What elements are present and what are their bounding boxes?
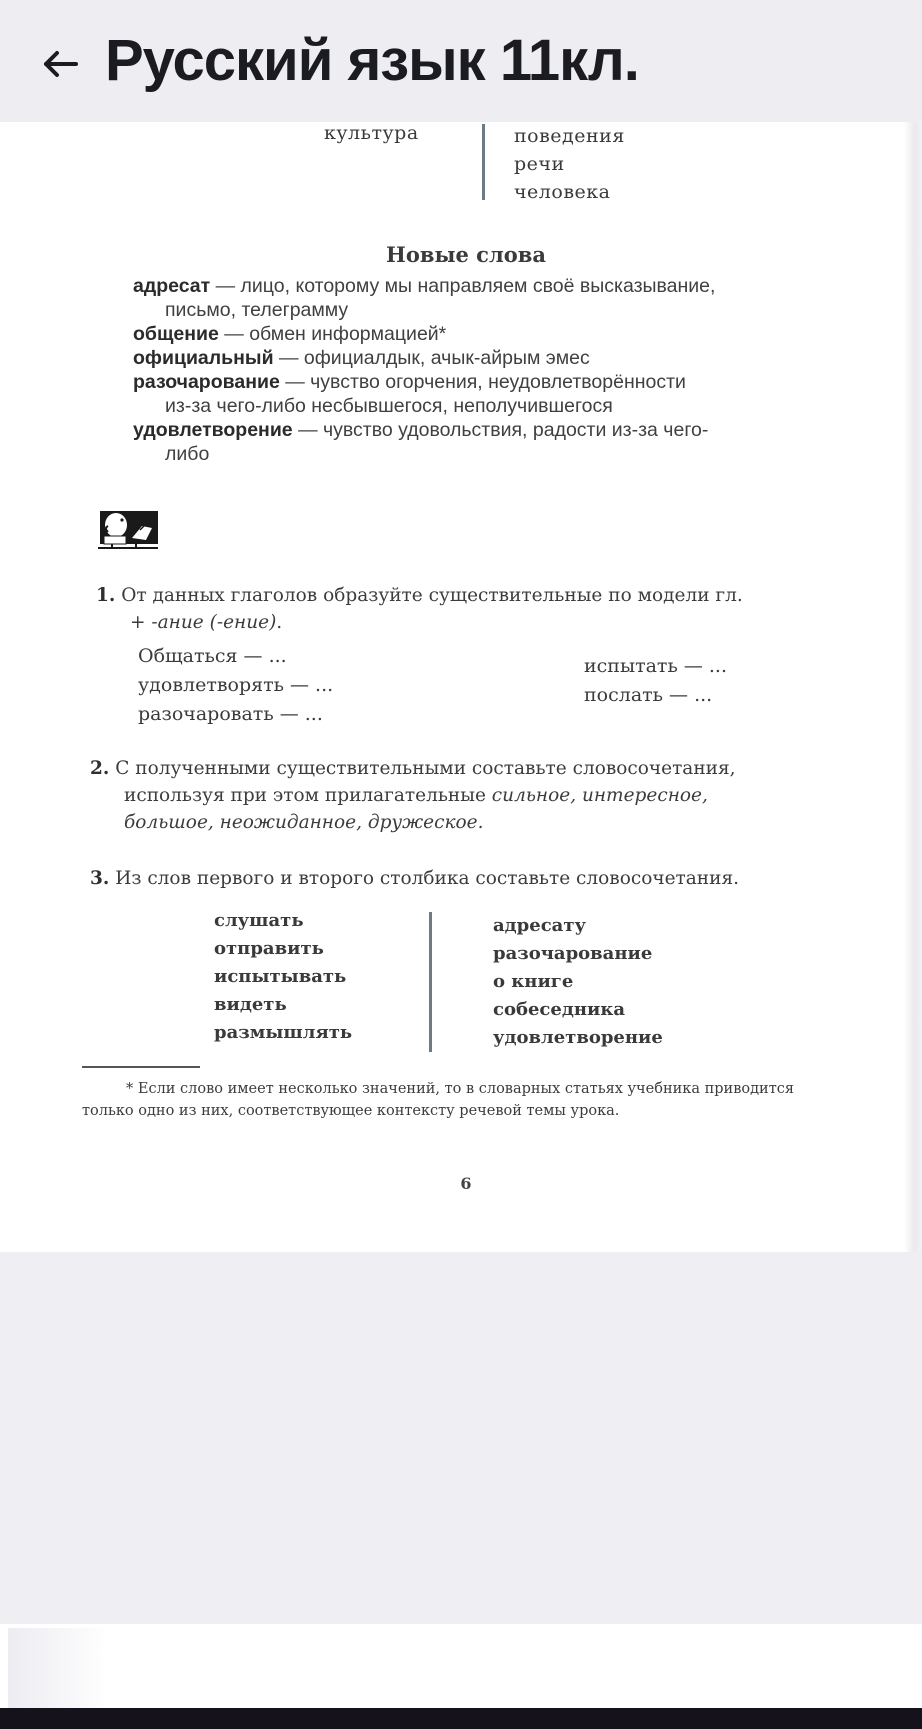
exercise-2: 2. С полученными существительными состав… bbox=[90, 755, 830, 836]
glossary-continuation: письмо, телеграмму bbox=[133, 298, 813, 322]
text-fragment-italic: -ание (-ение) bbox=[151, 612, 276, 633]
glossary-definition: — чувство удовольствия, радости из-за че… bbox=[293, 419, 709, 441]
table-cell: человека bbox=[514, 178, 625, 206]
exercise-number: 1. bbox=[96, 585, 115, 606]
text-fragment: + bbox=[130, 612, 151, 633]
exercise-3-column-right: адресату разочарование о книге собеседни… bbox=[493, 912, 663, 1052]
exercise-1-words-right: испытать — ... послать — ... bbox=[584, 652, 727, 710]
exercise-1-words-left: Общаться — ... удовлетворять — ... разоч… bbox=[138, 642, 333, 729]
table-divider bbox=[482, 124, 485, 200]
word-item: размышлять bbox=[214, 1019, 352, 1047]
glossary-definition: — лицо, которому мы направляем своё выск… bbox=[210, 275, 715, 297]
word-item: разочаровать — ... bbox=[138, 700, 333, 729]
exercise-text-continuation: используя при этом прилагательные сильно… bbox=[90, 782, 830, 809]
glossary-definition: — чувство огорчения, неудовлетворённости bbox=[280, 371, 686, 393]
glossary-entry: общение — обмен информацией* bbox=[133, 322, 813, 346]
viewer-background bbox=[0, 1252, 922, 1624]
exercise-number: 2. bbox=[90, 758, 109, 779]
exercise-number: 3. bbox=[90, 868, 109, 889]
glossary-term: адресат bbox=[133, 275, 210, 297]
exercise-3: 3. Из слов первого и второго столбика со… bbox=[90, 865, 830, 892]
glossary: адресат — лицо, которому мы направляем с… bbox=[133, 274, 813, 466]
system-navigation-bar bbox=[0, 1708, 922, 1729]
glossary-entry: адресат — лицо, которому мы направляем с… bbox=[133, 274, 813, 322]
glossary-entry: удовлетворение — чувство удовольствия, р… bbox=[133, 418, 813, 466]
table-fragment-left: культура bbox=[324, 122, 419, 144]
exercise-text-continuation: + -ание (-ение). bbox=[96, 609, 836, 636]
word-item: о книге bbox=[493, 968, 663, 996]
page-number: 6 bbox=[0, 1174, 922, 1193]
glossary-term: общение bbox=[133, 323, 219, 345]
document-page-viewer[interactable]: культура поведения речи человека Новые с… bbox=[0, 122, 922, 1252]
column-divider bbox=[429, 912, 432, 1052]
section-title: Новые слова bbox=[0, 242, 922, 267]
bottom-bar-shadow bbox=[8, 1628, 108, 1708]
exercise-text: С полученными существительными составьте… bbox=[109, 758, 735, 779]
page-title: Русский язык 11кл. bbox=[105, 26, 639, 96]
exercise-1: 1. От данных глаголов образуйте существи… bbox=[96, 582, 836, 636]
word-item: видеть bbox=[214, 991, 352, 1019]
glossary-term: официальный bbox=[133, 347, 274, 369]
student-at-desk-icon bbox=[96, 508, 160, 552]
back-button[interactable] bbox=[38, 44, 84, 84]
table-fragment-right: поведения речи человека bbox=[514, 122, 625, 206]
glossary-continuation: из-за чего-либо несбывшегося, неполучивш… bbox=[133, 394, 813, 418]
word-item: послать — ... bbox=[584, 681, 727, 710]
word-item: удовлетворять — ... bbox=[138, 671, 333, 700]
glossary-term: разочарование bbox=[133, 371, 280, 393]
table-cell: речи bbox=[514, 150, 625, 178]
table-cell: культура bbox=[324, 122, 419, 144]
footnote-divider bbox=[82, 1066, 200, 1068]
glossary-definition: — обмен информацией* bbox=[219, 323, 446, 345]
page-edge-shadow bbox=[904, 122, 922, 1252]
glossary-entry: официальный — официалдык, ачык-айрым эме… bbox=[133, 346, 813, 370]
glossary-continuation: либо bbox=[133, 442, 813, 466]
exercise-text: Из слов первого и второго столбика соста… bbox=[109, 868, 739, 889]
text-fragment: используя при этом прилагательные bbox=[124, 785, 492, 806]
glossary-definition: — официалдык, ачык-айрым эмес bbox=[274, 347, 590, 369]
word-item: Общаться — ... bbox=[138, 642, 333, 671]
arrow-left-icon bbox=[42, 49, 80, 79]
exercise-3-column-left: слушать отправить испытывать видеть разм… bbox=[214, 907, 352, 1047]
text-fragment: . bbox=[276, 612, 282, 633]
bottom-bar bbox=[0, 1624, 922, 1708]
word-item: адресату bbox=[493, 912, 663, 940]
exercise-text-continuation: большое, неожиданное, дружеское. bbox=[90, 809, 830, 836]
exercise-text: От данных глаголов образуйте существител… bbox=[115, 585, 742, 606]
word-item: испытать — ... bbox=[584, 652, 727, 681]
word-item: разочарование bbox=[493, 940, 663, 968]
word-item: испытывать bbox=[214, 963, 352, 991]
table-cell: поведения bbox=[514, 122, 625, 150]
footnote: * Если слово имеет несколько значений, т… bbox=[82, 1078, 824, 1122]
word-item: слушать bbox=[214, 907, 352, 935]
glossary-term: удовлетворение bbox=[133, 419, 293, 441]
word-item: удовлетворение bbox=[493, 1024, 663, 1052]
app-header: Русский язык 11кл. bbox=[0, 0, 922, 122]
glossary-entry: разочарование — чувство огорчения, неудо… bbox=[133, 370, 813, 418]
word-item: собеседника bbox=[493, 996, 663, 1024]
word-item: отправить bbox=[214, 935, 352, 963]
text-fragment-italic: сильное, интересное, bbox=[492, 785, 708, 806]
